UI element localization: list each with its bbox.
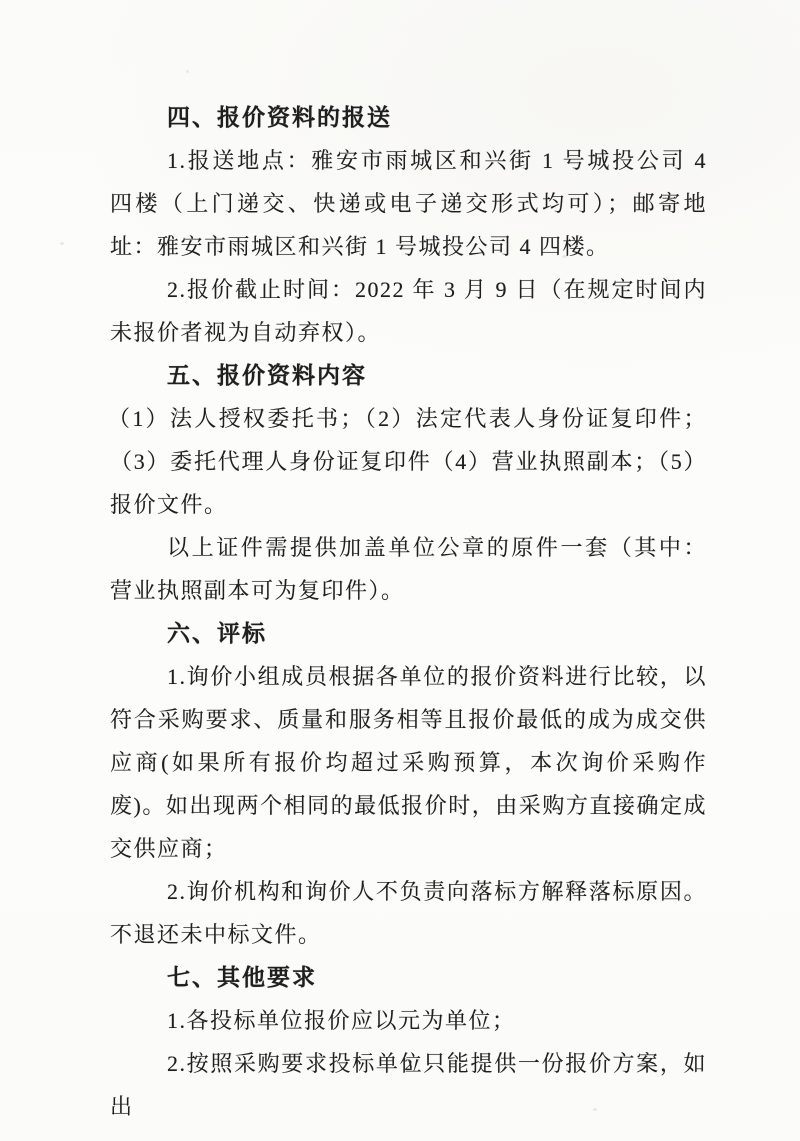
heading-section-seven: 七、其他要求 [110,956,707,999]
heading-section-five: 五、报价资料内容 [110,354,707,397]
para-materials-list: （1）法人授权委托书；（2）法定代表人身份证复印件；（3）委托代理人身份证复印件… [110,397,707,526]
scan-speckle [60,242,64,245]
heading-section-four: 四、报价资料的报送 [110,96,707,139]
para-evaluation-rule-2: 2.询价机构和询价人不负责向落标方解释落标原因。不退还未中标文件。 [110,870,707,956]
para-evaluation-rule-1: 1.询价小组成员根据各单位的报价资料进行比较，以符合采购要求、质量和服务相等且报… [110,655,707,870]
para-quote-deadline: 2.报价截止时间：2022 年 3 月 9 日（在规定时间内未报价者视为自动弃权… [110,268,707,354]
page-number: 2 [110,1051,707,1081]
scanned-document-page: 四、报价资料的报送 1.报送地点：雅安市雨城区和兴街 1 号城投公司 4 四楼（… [0,0,800,1141]
para-other-requirement-1: 1.各投标单位报价应以元为单位； [110,999,707,1042]
heading-section-six: 六、评标 [110,612,707,655]
document-body: 四、报价资料的报送 1.报送地点：雅安市雨城区和兴街 1 号城投公司 4 四楼（… [110,96,707,1128]
para-submission-location: 1.报送地点：雅安市雨城区和兴街 1 号城投公司 4 四楼（上门递交、快递或电子… [110,139,707,268]
scan-speckle [186,70,189,73]
para-originals-note: 以上证件需提供加盖单位公章的原件一套（其中：营业执照副本可为复印件）。 [110,526,707,612]
